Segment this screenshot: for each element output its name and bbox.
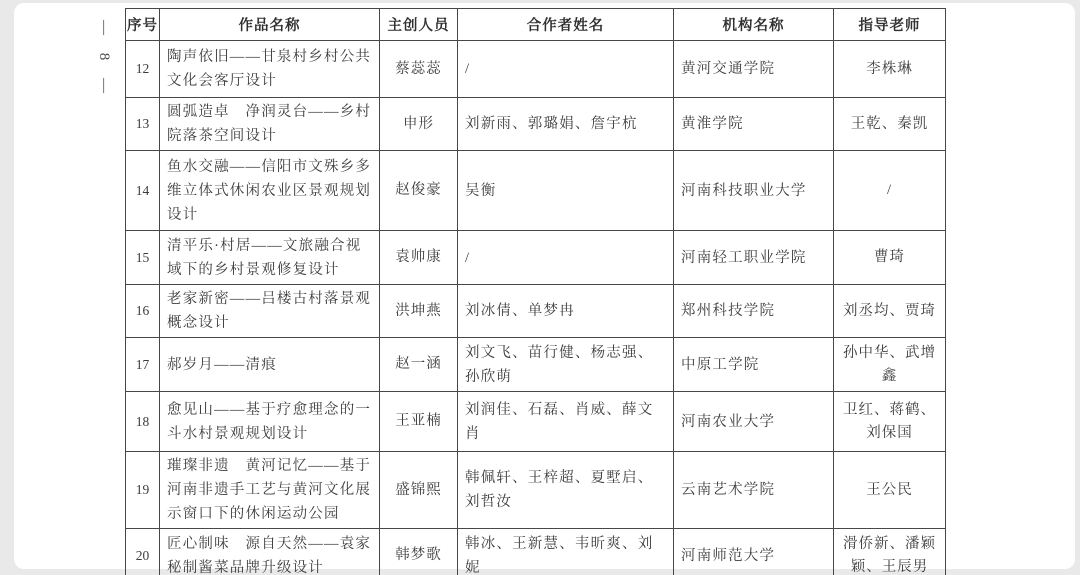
header-cell-collaborators: 合作者姓名 <box>458 9 674 41</box>
cell-serial: 14 <box>126 151 160 231</box>
cell-institution: 河南轻工职业学院 <box>674 231 834 285</box>
cell-work-title: 老家新密——吕楼古村落景观概念设计 <box>160 285 380 338</box>
cell-advisors: 孙中华、武增鑫 <box>834 338 946 392</box>
cell-collaborators: 刘文飞、苗行健、杨志强、孙欣萌 <box>458 338 674 392</box>
awards-table: 序号 作品名称 主创人员 合作者姓名 机构名称 指导老师 12陶声依旧——甘泉村… <box>125 8 946 575</box>
cell-advisors: 王乾、秦凯 <box>834 98 946 151</box>
cell-collaborators: / <box>458 41 674 98</box>
cell-institution: 云南艺术学院 <box>674 452 834 529</box>
cell-work-title: 璀璨非遗 黄河记忆——基于河南非遗手工艺与黄河文化展示窗口下的休闲运动公园 <box>160 452 380 529</box>
cell-serial: 17 <box>126 338 160 392</box>
cell-institution: 河南农业大学 <box>674 392 834 452</box>
cell-work-title: 鱼水交融——信阳市文殊乡多维立体式休闲农业区景观规划设计 <box>160 151 380 231</box>
cell-main-creator: 盛锦熙 <box>380 452 458 529</box>
cell-collaborators: 刘润佳、石磊、肖威、薛文肖 <box>458 392 674 452</box>
cell-main-creator: 赵俊豪 <box>380 151 458 231</box>
cell-advisors: 曹琦 <box>834 231 946 285</box>
cell-work-title: 圆弧造卓 净润灵台——乡村院落茶空间设计 <box>160 98 380 151</box>
cell-main-creator: 蔡蕊蕊 <box>380 41 458 98</box>
table-row: 17郝岁月——清痕赵一涵刘文飞、苗行健、杨志强、孙欣萌中原工学院孙中华、武增鑫 <box>126 338 946 392</box>
cell-institution: 河南师范大学 <box>674 529 834 575</box>
cell-collaborators: 韩佩轩、王梓超、夏墅启、刘哲汝 <box>458 452 674 529</box>
cell-collaborators: 刘冰倩、单梦冉 <box>458 285 674 338</box>
cell-work-title: 匠心制味 源自天然——袁家秘制酱菜品牌升级设计 <box>160 529 380 575</box>
cell-main-creator: 袁帅康 <box>380 231 458 285</box>
cell-main-creator: 韩梦歌 <box>380 529 458 575</box>
table-row: 20匠心制味 源自天然——袁家秘制酱菜品牌升级设计韩梦歌韩冰、王新慧、韦昕爽、刘… <box>126 529 946 575</box>
cell-serial: 20 <box>126 529 160 575</box>
cell-institution: 郑州科技学院 <box>674 285 834 338</box>
header-cell-advisors: 指导老师 <box>834 9 946 41</box>
cell-work-title: 愈见山——基于疗愈理念的一斗水村景观规划设计 <box>160 392 380 452</box>
cell-serial: 16 <box>126 285 160 338</box>
cell-collaborators: 刘新雨、郭璐娟、詹宇杭 <box>458 98 674 151</box>
table-row: 18愈见山——基于疗愈理念的一斗水村景观规划设计王亚楠刘润佳、石磊、肖威、薛文肖… <box>126 392 946 452</box>
header-cell-serial: 序号 <box>126 9 160 41</box>
cell-collaborators: 吴衡 <box>458 151 674 231</box>
cell-collaborators: / <box>458 231 674 285</box>
header-cell-work-title: 作品名称 <box>160 9 380 41</box>
cell-serial: 15 <box>126 231 160 285</box>
table-body: 12陶声依旧——甘泉村乡村公共文化会客厅设计蔡蕊蕊/黄河交通学院李株琳13圆弧造… <box>126 41 946 575</box>
table-row: 13圆弧造卓 净润灵台——乡村院落茶空间设计申形刘新雨、郭璐娟、詹宇杭黄淮学院王… <box>126 98 946 151</box>
cell-institution: 河南科技职业大学 <box>674 151 834 231</box>
cell-work-title: 郝岁月——清痕 <box>160 338 380 392</box>
cell-main-creator: 申形 <box>380 98 458 151</box>
cell-main-creator: 王亚楠 <box>380 392 458 452</box>
cell-serial: 18 <box>126 392 160 452</box>
cell-advisors: 刘丞均、贾琦 <box>834 285 946 338</box>
cell-main-creator: 赵一涵 <box>380 338 458 392</box>
table-row: 15清平乐·村居——文旅融合视域下的乡村景观修复设计袁帅康/河南轻工职业学院曹琦 <box>126 231 946 285</box>
cell-work-title: 陶声依旧——甘泉村乡村公共文化会客厅设计 <box>160 41 380 98</box>
cell-advisors: / <box>834 151 946 231</box>
table-header-row: 序号 作品名称 主创人员 合作者姓名 机构名称 指导老师 <box>126 9 946 41</box>
cell-work-title: 清平乐·村居——文旅融合视域下的乡村景观修复设计 <box>160 231 380 285</box>
table-row: 14鱼水交融——信阳市文殊乡多维立体式休闲农业区景观规划设计赵俊豪吴衡河南科技职… <box>126 151 946 231</box>
page-number: — 8 — <box>88 20 112 100</box>
cell-advisors: 卫红、蒋鹤、刘保国 <box>834 392 946 452</box>
cell-institution: 黄淮学院 <box>674 98 834 151</box>
cell-collaborators: 韩冰、王新慧、韦昕爽、刘妮 <box>458 529 674 575</box>
table-row: 12陶声依旧——甘泉村乡村公共文化会客厅设计蔡蕊蕊/黄河交通学院李株琳 <box>126 41 946 98</box>
cell-advisors: 王公民 <box>834 452 946 529</box>
cell-advisors: 滑侨新、潘颖颖、王辰男 <box>834 529 946 575</box>
cell-serial: 13 <box>126 98 160 151</box>
cell-serial: 12 <box>126 41 160 98</box>
table-row: 19璀璨非遗 黄河记忆——基于河南非遗手工艺与黄河文化展示窗口下的休闲运动公园盛… <box>126 452 946 529</box>
table-row: 16老家新密——吕楼古村落景观概念设计洪坤燕刘冰倩、单梦冉郑州科技学院刘丞均、贾… <box>126 285 946 338</box>
cell-serial: 19 <box>126 452 160 529</box>
cell-main-creator: 洪坤燕 <box>380 285 458 338</box>
header-cell-institution: 机构名称 <box>674 9 834 41</box>
cell-institution: 中原工学院 <box>674 338 834 392</box>
header-cell-main-creator: 主创人员 <box>380 9 458 41</box>
cell-institution: 黄河交通学院 <box>674 41 834 98</box>
cell-advisors: 李株琳 <box>834 41 946 98</box>
